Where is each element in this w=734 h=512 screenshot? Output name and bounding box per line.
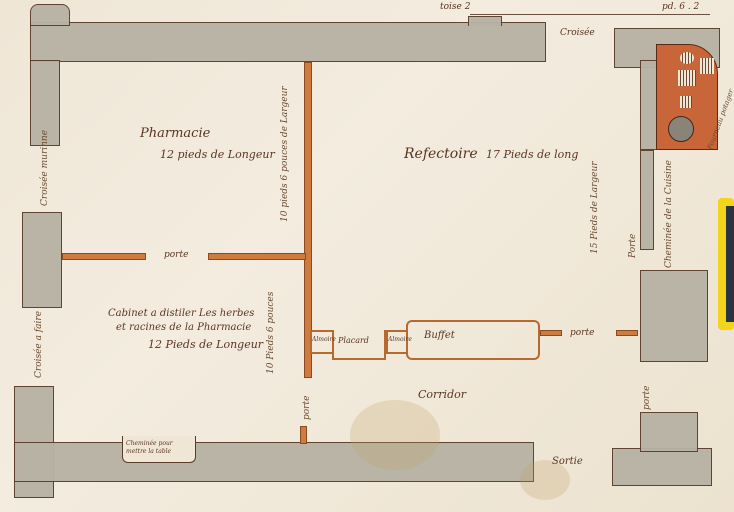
wall-left-pier bbox=[22, 212, 62, 308]
croisee-murine-label: Croisée murinne bbox=[40, 130, 50, 206]
porte-bottom-right-label: porte bbox=[642, 386, 652, 410]
porte-vertical-label: porte bbox=[302, 396, 312, 420]
wall-right-upper bbox=[640, 150, 654, 250]
cheminee-right-label: Cheminée de la Cuisine bbox=[664, 160, 674, 268]
partition-horizontal-left bbox=[62, 253, 146, 260]
wall-top-chimney bbox=[468, 16, 502, 26]
porte-kitchen-label: Porte bbox=[628, 234, 638, 258]
stove-grill-3 bbox=[678, 70, 696, 86]
cheminee-bottom-label: Cheminée pour mettre la table bbox=[126, 440, 188, 456]
partition-horizontal-right bbox=[208, 253, 306, 260]
armoire-left-label: Almoire bbox=[312, 336, 336, 343]
partition-door-right bbox=[540, 330, 562, 336]
refectoire-name: Refectoire bbox=[404, 146, 478, 162]
cabinet-length: 12 Pieds de Longeur bbox=[148, 338, 263, 351]
porte-left-label: porte bbox=[164, 250, 188, 260]
floor-plan-sheet: toise 2 pd. 6 . 2 Croisée Pharmacie 12 p… bbox=[0, 0, 734, 512]
cabinet-width: 10 Pieds 6 pouces bbox=[266, 292, 276, 374]
wall-right-pier bbox=[640, 270, 708, 362]
armoire-right-label: Almoire bbox=[388, 336, 412, 343]
stove-grill-2 bbox=[700, 58, 714, 74]
wall-right-block bbox=[640, 412, 698, 452]
color-calibration-target bbox=[718, 198, 734, 330]
scale-label-left: toise 2 bbox=[440, 2, 470, 12]
cabinet-line1: Cabinet a distiler Les herbes bbox=[108, 308, 254, 319]
wall-bottom-left bbox=[14, 442, 534, 482]
pharmacie-width: 10 pieds 6 pouces de Largeur bbox=[280, 86, 290, 222]
partition-door-far bbox=[616, 330, 638, 336]
placard-outline bbox=[332, 330, 386, 360]
wall-bottom-right bbox=[612, 448, 712, 486]
croisee-top-label: Croisée bbox=[560, 28, 595, 38]
placard-label: Placard bbox=[338, 336, 369, 345]
refectoire-width: 15 Pieds de Largeur bbox=[590, 161, 600, 254]
porte-right-label: porte bbox=[570, 328, 594, 338]
refectoire-length: 17 Pieds de long bbox=[486, 148, 578, 161]
stove-grill-1 bbox=[680, 52, 694, 64]
pharmacie-name: Pharmacie bbox=[140, 126, 210, 141]
stove-boiler bbox=[668, 116, 694, 142]
partition-vertical-lower bbox=[300, 426, 307, 444]
stove-grill-4 bbox=[680, 96, 692, 108]
scale-label-right: pd. 6 . 2 bbox=[662, 2, 699, 12]
buffet-label: Buffet bbox=[424, 330, 455, 341]
scale-bar bbox=[470, 14, 710, 15]
sortie-label: Sortie bbox=[552, 456, 583, 467]
wall-top bbox=[30, 22, 546, 62]
wall-top-corner bbox=[30, 4, 70, 26]
cabinet-line2: et racines de la Pharmacie bbox=[116, 322, 251, 333]
water-stain bbox=[350, 400, 440, 470]
pharmacie-length: 12 pieds de Longeur bbox=[160, 148, 275, 161]
corridor-label: Corridor bbox=[418, 388, 466, 401]
croisee-fair-label: Croisée a faire bbox=[34, 311, 44, 378]
